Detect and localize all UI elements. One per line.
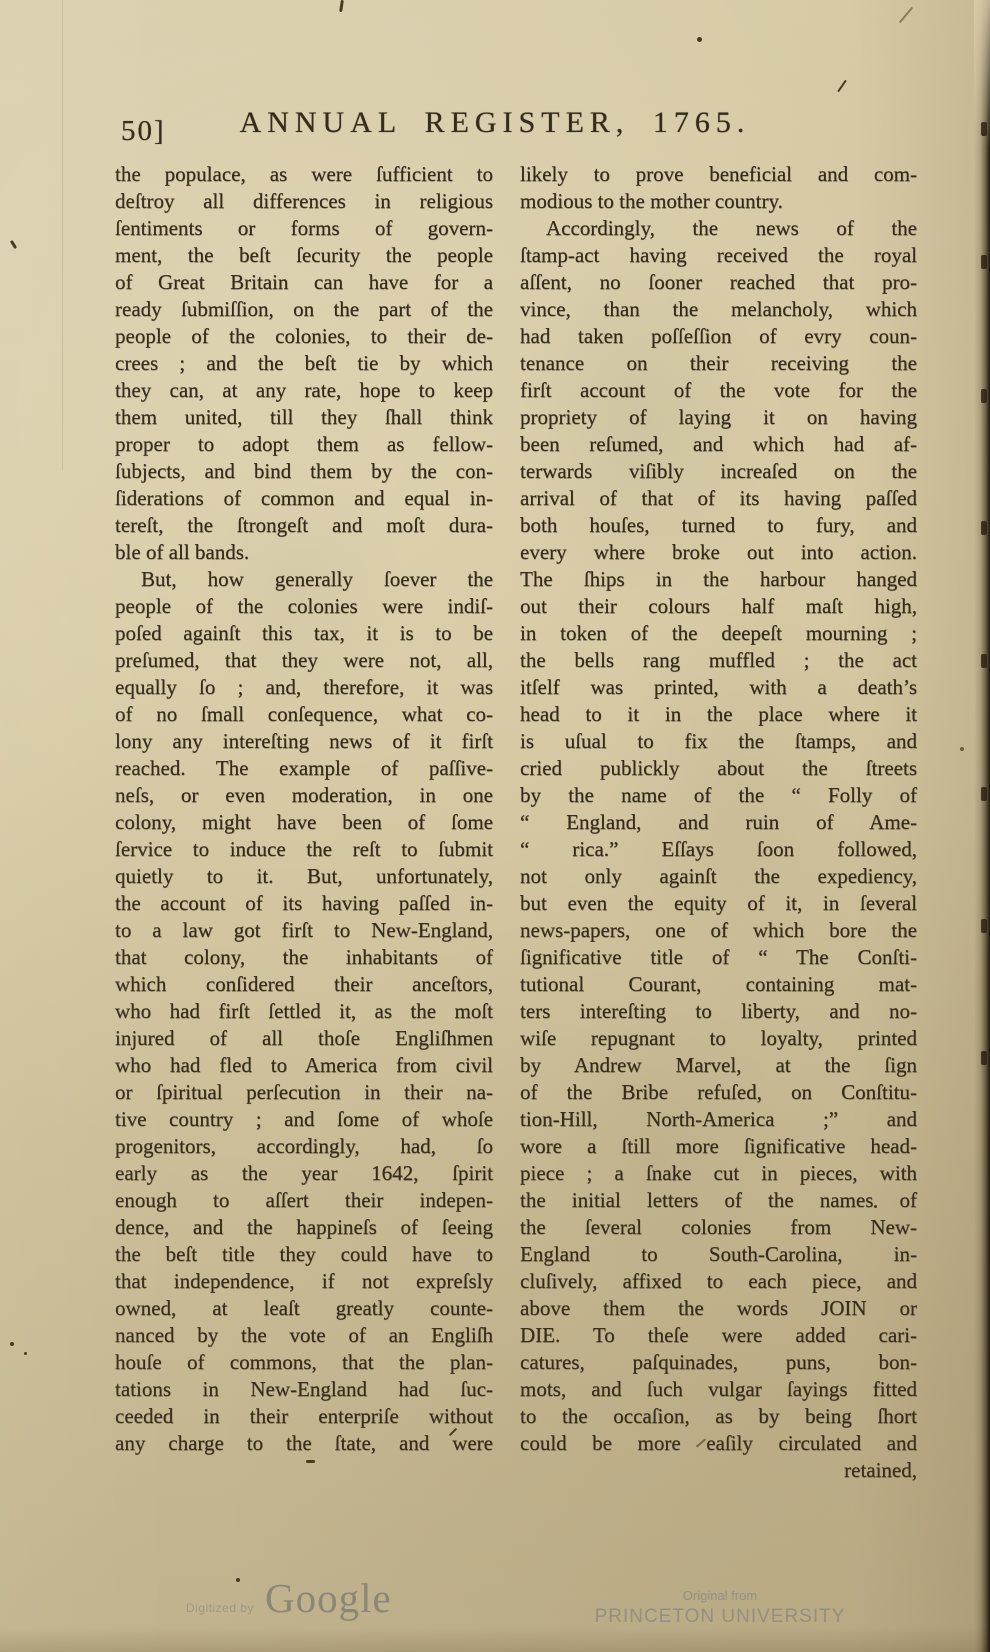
text-line: wiſe repugnant to loyalty, printed bbox=[520, 1025, 917, 1052]
scan-speck bbox=[960, 747, 964, 751]
text-line: but even the equity of it, in ſeveral bbox=[520, 890, 917, 917]
text-line: any charge to the ſtate, and were bbox=[115, 1430, 493, 1457]
text-line: colony, might have been of ſome bbox=[115, 809, 493, 836]
text-line: tutional Courant, containing mat- bbox=[520, 971, 917, 998]
text-line: catures, paſquinades, puns, bon- bbox=[520, 1349, 917, 1376]
text-line: who had firſt ſettled it, as the moſt bbox=[115, 998, 493, 1025]
text-line: aſſent, no ſooner reached that pro- bbox=[520, 269, 917, 296]
text-line: proper to adopt them as fellow- bbox=[115, 431, 493, 458]
provenance-watermark: Original from PRINCETON UNIVERSITY bbox=[545, 1588, 895, 1628]
text-line: vince, than the melancholy, which bbox=[520, 296, 917, 323]
text-line: crees ; and the beſt tie by which bbox=[115, 350, 493, 377]
text-line: tenance on their receiving the bbox=[520, 350, 917, 377]
text-line: which conſidered their anceſtors, bbox=[115, 971, 493, 998]
text-line: the bells rang muffled ; the act bbox=[520, 647, 917, 674]
google-logo: Google bbox=[265, 1574, 392, 1622]
text-line: mots, and ſuch vulgar ſayings fitted bbox=[520, 1376, 917, 1403]
text-line: ſentiments or forms of govern- bbox=[115, 215, 493, 242]
scan-speck bbox=[874, 1205, 877, 1208]
text-line: enough to aſſert their indepen- bbox=[115, 1187, 493, 1214]
text-line: by Andrew Marvel, at the ſign bbox=[520, 1052, 917, 1079]
text-line: ceeded in their enterpriſe without bbox=[115, 1403, 493, 1430]
text-line: reached. The example of paſſive- bbox=[115, 755, 493, 782]
left-column: the populace, as were ſufficient todeſtr… bbox=[115, 161, 493, 1457]
text-line: ſtamp-act having received the royal bbox=[520, 242, 917, 269]
text-line: piece ; a ſnake cut in pieces, with bbox=[520, 1160, 917, 1187]
text-line: neſs, or even moderation, in one bbox=[115, 782, 493, 809]
text-line: had taken poſſeſſion of evry coun- bbox=[520, 323, 917, 350]
page-number: 50] bbox=[121, 115, 166, 148]
text-line: nanced by the vote of an Engliſh bbox=[115, 1322, 493, 1349]
text-line: preſumed, that they were not, all, bbox=[115, 647, 493, 674]
text-line: the initial letters of the names of bbox=[520, 1187, 917, 1214]
text-line: people of the colonies, to their de- bbox=[115, 323, 493, 350]
text-line: tive country ; and ſome of whoſe bbox=[115, 1106, 493, 1133]
text-line: ment, the beſt ſecurity the people bbox=[115, 242, 493, 269]
scan-speck bbox=[837, 80, 847, 93]
text-line: both houſes, turned to fury, and bbox=[520, 512, 917, 539]
text-line: propriety of laying it on having bbox=[520, 404, 917, 431]
text-line: to the occaſion, as by being ſhort bbox=[520, 1403, 917, 1430]
text-line: cluſively, affixed to each piece, and bbox=[520, 1268, 917, 1295]
text-line: that colony, the inhabitants of bbox=[115, 944, 493, 971]
text-line: likely to prove beneficial and com- bbox=[520, 161, 917, 188]
text-line: been reſumed, and which had af- bbox=[520, 431, 917, 458]
text-line: that independence, if not expreſsly bbox=[115, 1268, 493, 1295]
text-line: people of the colonies were indiſ- bbox=[115, 593, 493, 620]
text-line: The ſhips in the harbour hanged bbox=[520, 566, 917, 593]
text-line: ſubjects, and bind them by the con- bbox=[115, 458, 493, 485]
scan-speck bbox=[697, 37, 702, 42]
text-line: houſe of commons, that the plan- bbox=[115, 1349, 493, 1376]
page-edge-mark bbox=[981, 122, 987, 136]
text-line: owned, at leaſt greatly counte- bbox=[115, 1295, 493, 1322]
page-edge-mark bbox=[981, 521, 987, 535]
text-line: wore a ſtill more ſignificative head- bbox=[520, 1133, 917, 1160]
text-line: cried publickly about the ſtreets bbox=[520, 755, 917, 782]
text-line: ſignificative title of “ The Conſti- bbox=[520, 944, 917, 971]
page-edge-mark bbox=[981, 389, 987, 403]
text-line: to a law got firſt to New-England, bbox=[115, 917, 493, 944]
page-edge-mark bbox=[981, 1051, 987, 1065]
text-line: the beſt title they could have to bbox=[115, 1241, 493, 1268]
text-line: or ſpiritual perſecution in their na- bbox=[115, 1079, 493, 1106]
text-line: every where broke out into action. bbox=[520, 539, 917, 566]
text-line: ble of all bands. bbox=[115, 539, 493, 566]
text-line: ſiderations of common and equal in- bbox=[115, 485, 493, 512]
text-line: modious to the mother country. bbox=[520, 188, 917, 215]
text-line: dence, and the happineſs of ſeeing bbox=[115, 1214, 493, 1241]
text-line: of no ſmall conſequence, what co- bbox=[115, 701, 493, 728]
text-line: ters intereſting to liberty, and no- bbox=[520, 998, 917, 1025]
scan-speck bbox=[10, 240, 17, 249]
text-line: of Great Britain can have for a bbox=[115, 269, 493, 296]
text-line: deſtroy all differences in religious bbox=[115, 188, 493, 215]
scanned-book-page: 50] ANNUAL REGISTER, 1765. the populace,… bbox=[0, 0, 990, 1652]
text-line: tations in New-England had ſuc- bbox=[115, 1376, 493, 1403]
page-title: ANNUAL REGISTER, 1765. bbox=[212, 104, 778, 142]
text-line: by the name of the “ Folly of bbox=[520, 782, 917, 809]
text-line: in token of the deepeſt mourning ; bbox=[520, 620, 917, 647]
scan-speck bbox=[10, 1342, 14, 1346]
institution-label: PRINCETON UNIVERSITY bbox=[545, 1606, 895, 1628]
text-line: who had fled to America from civil bbox=[115, 1052, 493, 1079]
text-line: “ rica.” Eſſays ſoon followed, bbox=[520, 836, 917, 863]
text-line: early as the year 1642, ſpirit bbox=[115, 1160, 493, 1187]
text-line: Accordingly, the news of the bbox=[520, 215, 917, 242]
text-line: ready ſubmiſſion, on the part of the bbox=[115, 296, 493, 323]
text-line: not only againſt the expediency, bbox=[520, 863, 917, 890]
text-line: quietly to it. But, unfortunately, bbox=[115, 863, 493, 890]
scan-speck bbox=[24, 1352, 27, 1355]
text-line: injured of all thoſe Engliſhmen bbox=[115, 1025, 493, 1052]
text-line: head to it in the place where it bbox=[520, 701, 917, 728]
book-edge-shadow bbox=[974, 0, 990, 1652]
paper-crease bbox=[62, 0, 63, 470]
text-line: tion-Hill, North-America ;” and bbox=[520, 1106, 917, 1133]
text-line: equally ſo ; and, therefore, it was bbox=[115, 674, 493, 701]
scan-speck bbox=[306, 1460, 315, 1463]
right-column: likely to prove beneficial and com-modio… bbox=[520, 161, 917, 1484]
text-line: England to South-Carolina, in- bbox=[520, 1241, 917, 1268]
text-line: retained, bbox=[520, 1457, 917, 1484]
scan-speck bbox=[236, 1578, 240, 1582]
page-edge-mark bbox=[981, 787, 987, 801]
text-line: above them the words JOIN or bbox=[520, 1295, 917, 1322]
text-line: poſed againſt this tax, it is to be bbox=[115, 620, 493, 647]
digitized-by-label: Digitized by bbox=[186, 1601, 254, 1615]
text-line: they can, at any rate, hope to keep bbox=[115, 377, 493, 404]
scan-speck bbox=[899, 7, 913, 24]
page-edge-mark bbox=[981, 654, 987, 668]
text-line: tereſt, the ſtrongeſt and moſt dura- bbox=[115, 512, 493, 539]
text-line: could be more eaſily circulated and bbox=[520, 1430, 917, 1457]
text-line: arrival of that of its having paſſed bbox=[520, 485, 917, 512]
text-line: progenitors, accordingly, had, ſo bbox=[115, 1133, 493, 1160]
text-line: the account of its having paſſed in- bbox=[115, 890, 493, 917]
text-line: the ſeveral colonies from New- bbox=[520, 1214, 917, 1241]
google-watermark: Digitized by Google bbox=[186, 1574, 392, 1622]
text-line: itſelf was printed, with a death’s bbox=[520, 674, 917, 701]
text-line: DIE. To theſe were added cari- bbox=[520, 1322, 917, 1349]
text-line: ſervice to induce the reſt to ſubmit bbox=[115, 836, 493, 863]
text-line: them united, till they ſhall think bbox=[115, 404, 493, 431]
text-line: But, how generally ſoever the bbox=[115, 566, 493, 593]
page-edge-mark bbox=[981, 919, 987, 933]
original-from-label: Original from bbox=[545, 1588, 895, 1603]
text-line: news-papers, one of which bore the bbox=[520, 917, 917, 944]
text-line: firſt account of the vote for the bbox=[520, 377, 917, 404]
text-line: terwards viſibly increaſed on the bbox=[520, 458, 917, 485]
text-line: “ England, and ruin of Ame- bbox=[520, 809, 917, 836]
text-line: of the Bribe refuſed, on Conſtitu- bbox=[520, 1079, 917, 1106]
text-line: is uſual to fix the ſtamps, and bbox=[520, 728, 917, 755]
text-line: the populace, as were ſufficient to bbox=[115, 161, 493, 188]
text-line: lony any intereſting news of it firſt bbox=[115, 728, 493, 755]
text-line: out their colours half maſt high, bbox=[520, 593, 917, 620]
scan-speck bbox=[339, 0, 344, 12]
bottom-shadow bbox=[0, 1626, 990, 1652]
page-edge-mark bbox=[981, 255, 987, 269]
